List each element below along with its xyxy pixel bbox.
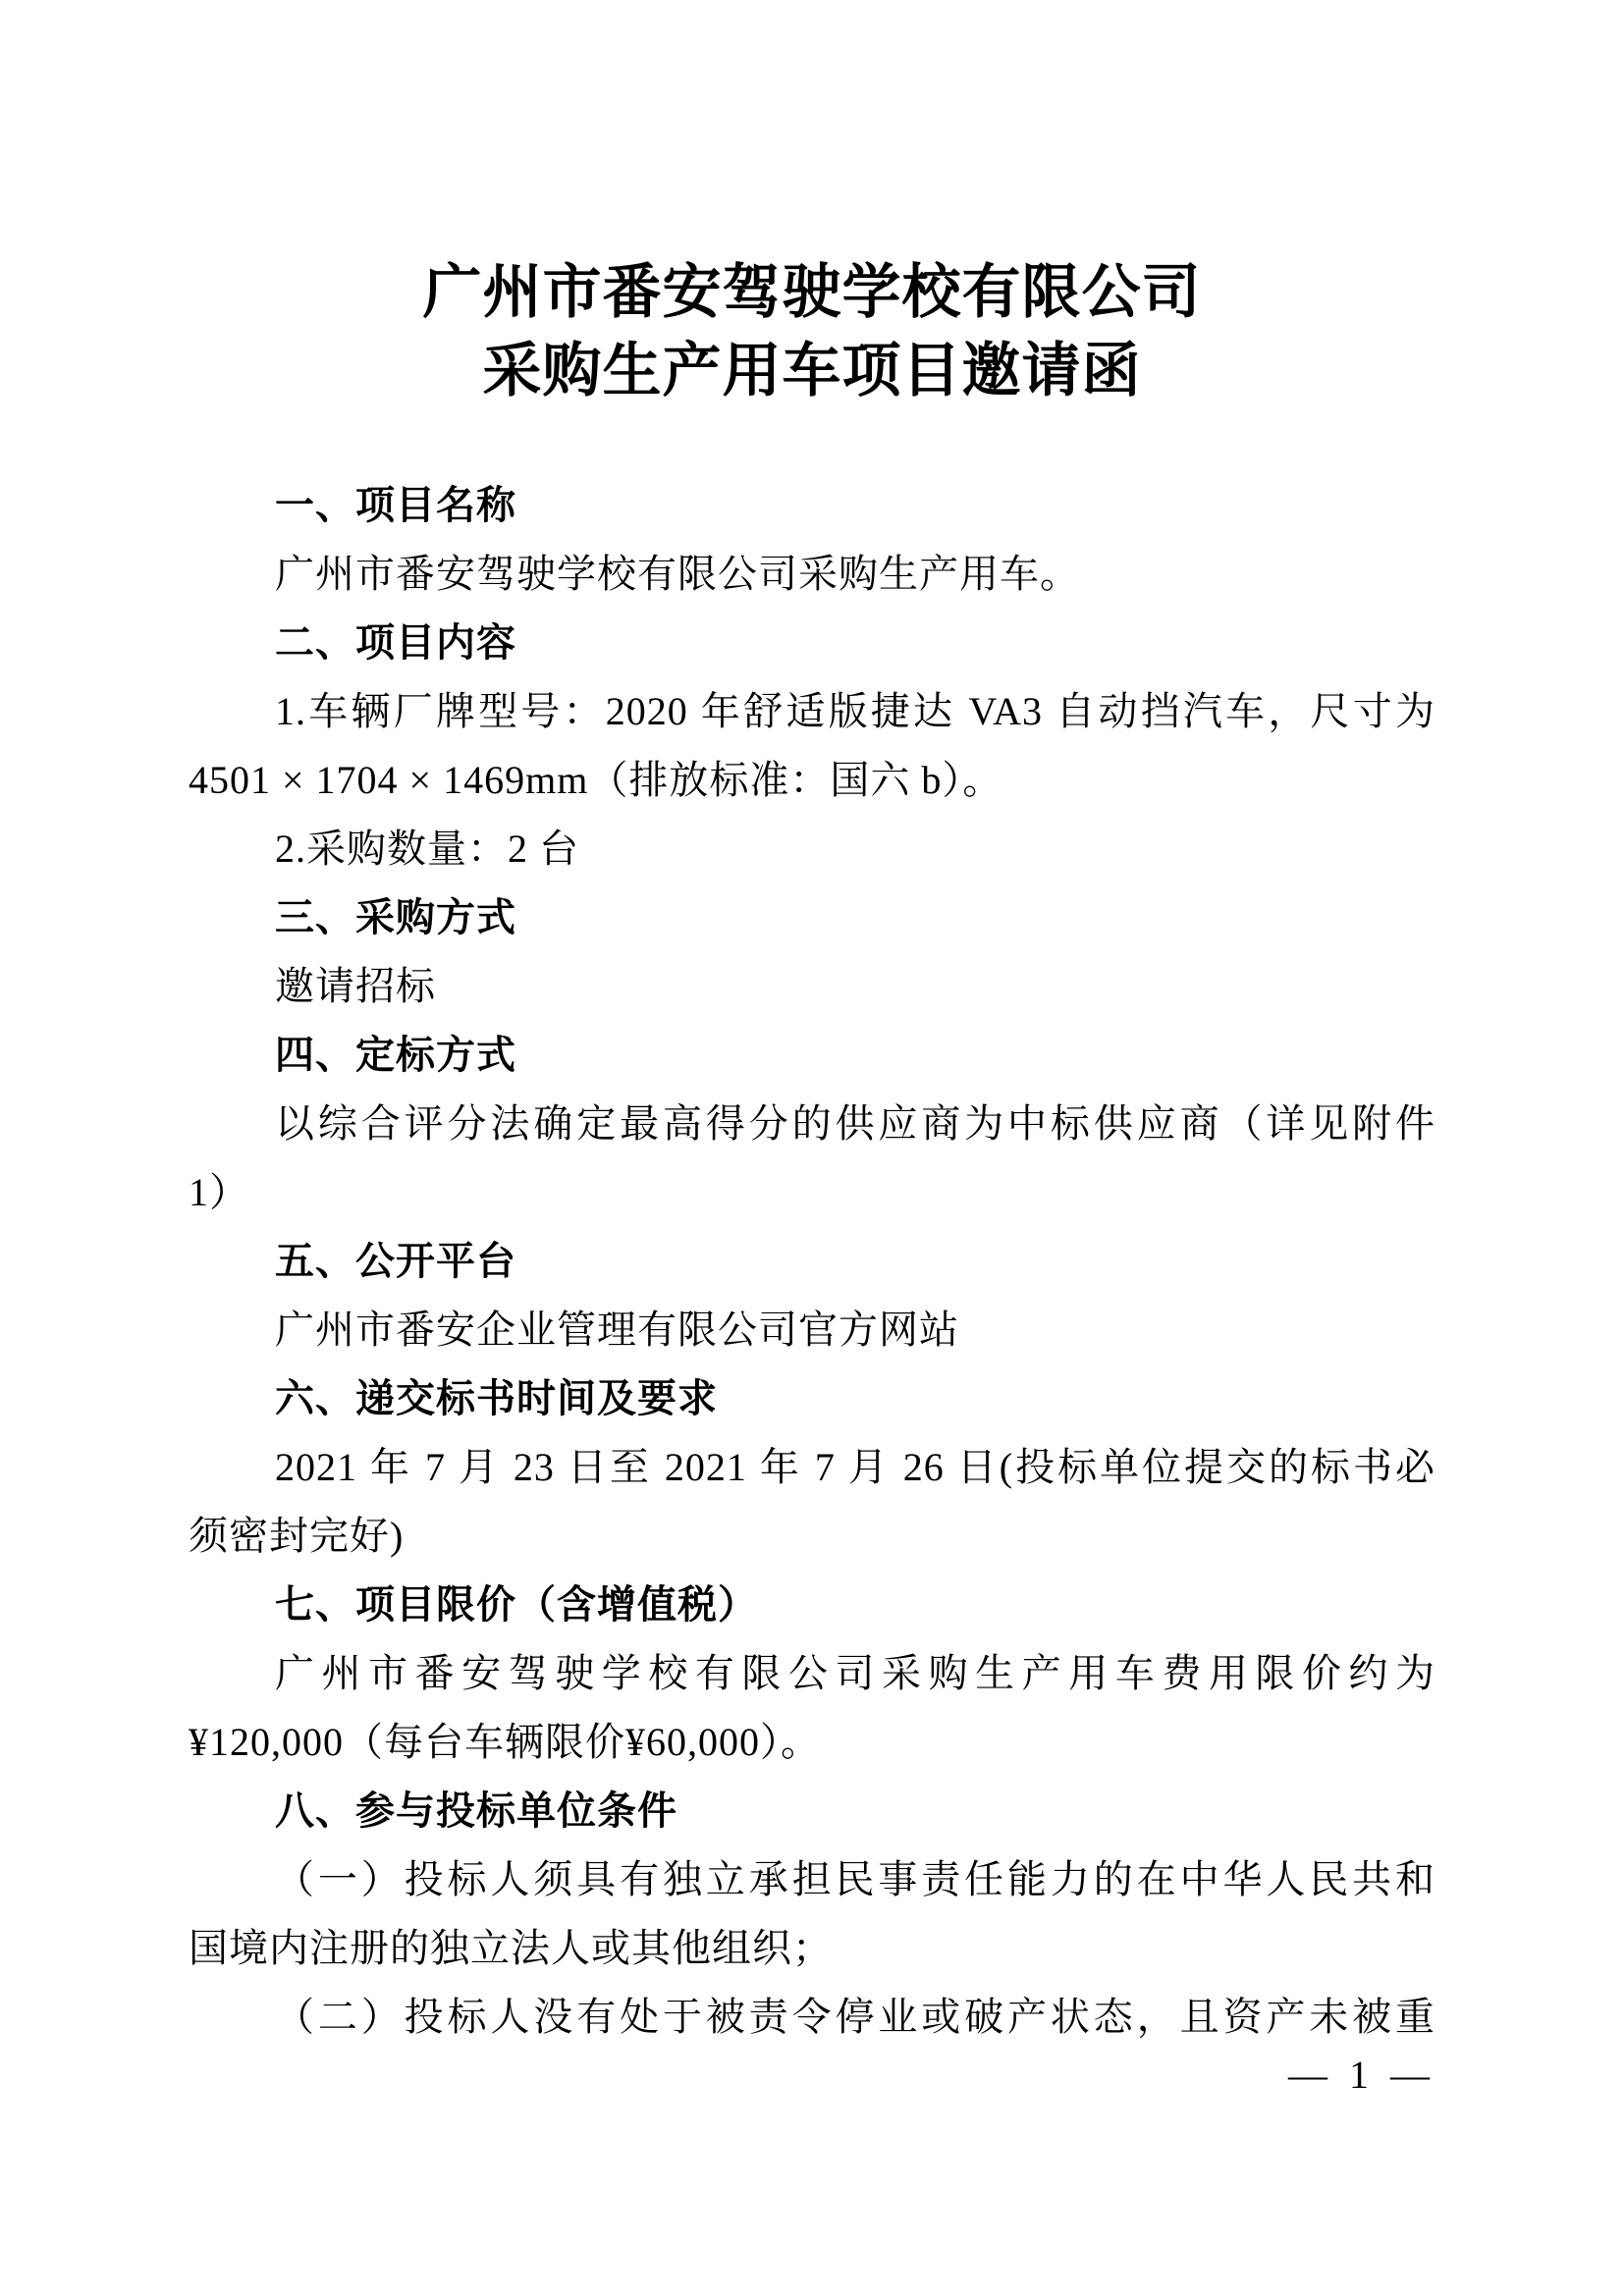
document-page: 广州市番安驾驶学校有限公司 采购生产用车项目邀请函 一、项目名称 广州市番安驾驶… bbox=[0, 0, 1624, 2296]
section-7-body-line-1: 广州市番安驾驶学校有限公司采购生产用车费用限价约为 bbox=[189, 1639, 1435, 1708]
document-title: 广州市番安驾驶学校有限公司 采购生产用车项目邀请函 bbox=[189, 253, 1435, 410]
section-8-body-line-3: （二）投标人没有处于被责令停业或破产状态，且资产未被重 bbox=[189, 1983, 1435, 2052]
document-content: 广州市番安驾驶学校有限公司 采购生产用车项目邀请函 一、项目名称 广州市番安驾驶… bbox=[189, 253, 1435, 2052]
document-sections: 一、项目名称 广州市番安驾驶学校有限公司采购生产用车。 二、项目内容 1.车辆厂… bbox=[189, 471, 1435, 2052]
section-6-body-line-2: 须密封完好) bbox=[189, 1502, 1435, 1571]
section-4-body-line-1: 以综合评分法确定最高得分的供应商为中标供应商（详见附件 bbox=[189, 1090, 1435, 1158]
section-2-body-line-2: 4501 × 1704 × 1469mm（排放标准：国六 b）。 bbox=[189, 746, 1435, 815]
section-8-body-line-1: （一）投标人须具有独立承担民事责任能力的在中华人民共和 bbox=[189, 1845, 1435, 1914]
section-heading-3: 三、采购方式 bbox=[189, 883, 1435, 952]
section-heading-1: 一、项目名称 bbox=[189, 471, 1435, 540]
section-1-body-line: 广州市番安驾驶学校有限公司采购生产用车。 bbox=[189, 540, 1435, 609]
document-title-line2: 采购生产用车项目邀请函 bbox=[189, 332, 1435, 410]
section-heading-5: 五、公开平台 bbox=[189, 1227, 1435, 1296]
section-8-body-line-2: 国境内注册的独立法人或其他组织； bbox=[189, 1914, 1435, 1983]
section-heading-7: 七、项目限价（含增值税） bbox=[189, 1571, 1435, 1639]
section-heading-6: 六、递交标书时间及要求 bbox=[189, 1364, 1435, 1433]
document-title-line1: 广州市番安驾驶学校有限公司 bbox=[189, 253, 1435, 332]
section-heading-8: 八、参与投标单位条件 bbox=[189, 1777, 1435, 1845]
section-7-body-line-2: ¥120,000（每台车辆限价¥60,000）。 bbox=[189, 1708, 1435, 1777]
section-6-body-line-1: 2021 年 7 月 23 日至 2021 年 7 月 26 日(投标单位提交的… bbox=[189, 1433, 1435, 1502]
section-3-body-line: 邀请招标 bbox=[189, 952, 1435, 1021]
page-number: — 1 — bbox=[1288, 2052, 1435, 2098]
section-4-body-line-2: 1） bbox=[189, 1158, 1435, 1227]
section-heading-4: 四、定标方式 bbox=[189, 1021, 1435, 1090]
section-2-body-line-1: 1.车辆厂牌型号：2020 年舒适版捷达 VA3 自动挡汽车，尺寸为 bbox=[189, 677, 1435, 746]
section-heading-2: 二、项目内容 bbox=[189, 609, 1435, 677]
section-2-body-line-3: 2.采购数量：2 台 bbox=[189, 815, 1435, 883]
section-5-body-line: 广州市番安企业管理有限公司官方网站 bbox=[189, 1296, 1435, 1364]
